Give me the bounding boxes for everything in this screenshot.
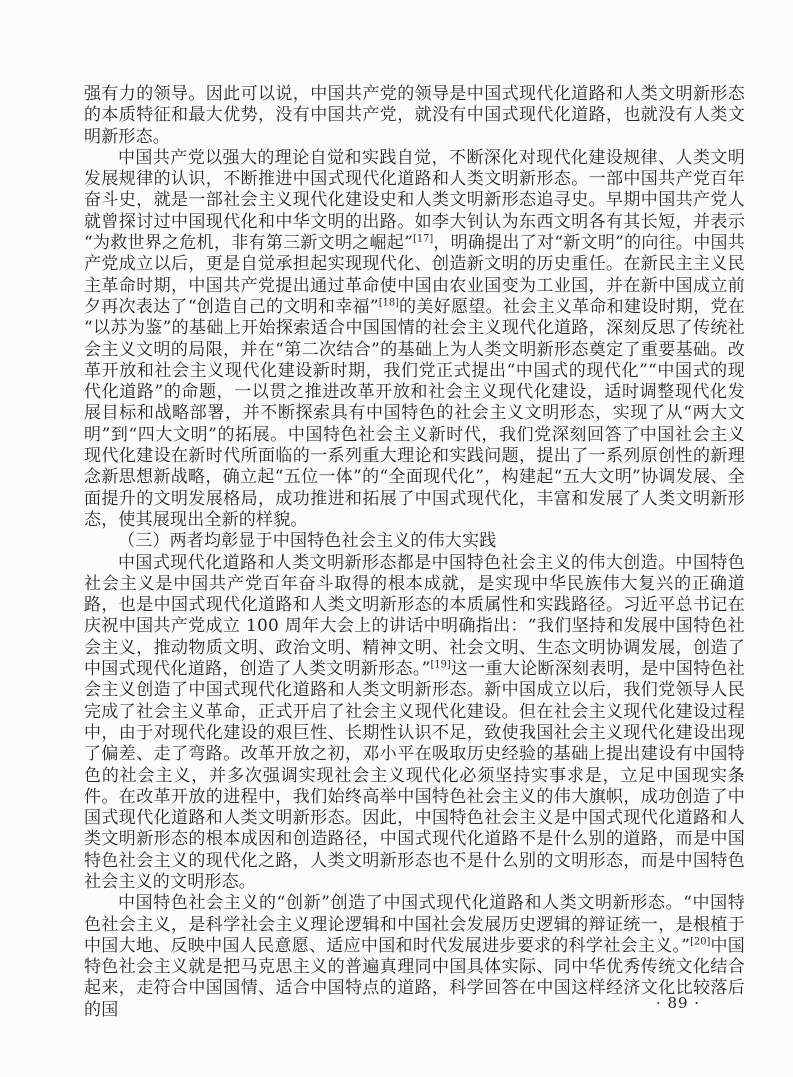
document-page: 强有力的领导。因此可以说，中国共产党的领导是中国式现代化道路和人类文明新形态的本… xyxy=(0,0,793,1077)
text-run: 这一重大论断深刻表明，是中国特色社会主义创造了中国式现代化道路和人类文明新形态。… xyxy=(84,659,745,892)
footnote-ref: [20] xyxy=(690,936,710,947)
paragraph: 中国式现代化道路和人类文明新形态都是中国特色社会主义的伟大创造。中国特色社会主义… xyxy=(84,553,745,894)
footnote-ref: [19] xyxy=(431,659,451,670)
section-heading: （三）两者均彰显于中国特色社会主义的伟大实践 xyxy=(84,531,745,552)
footnote-ref: [17] xyxy=(413,233,433,244)
text-run: （三）两者均彰显于中国特色社会主义的伟大实践 xyxy=(118,531,496,551)
text-run: 中国特色社会主义的“创新”创造了中国式现代化道路和人类文明新形态。“中国特色社会… xyxy=(84,893,745,956)
page-number: · 89 · xyxy=(645,994,711,1012)
page-text-block: 强有力的领导。因此可以说，中国共产党的领导是中国式现代化道路和人类文明新形态的本… xyxy=(84,84,745,1021)
text-run: 的美好愿望。社会主义革命和建设时期，党在“以苏为鉴”的基础上开始探索适合中国国情… xyxy=(84,297,745,530)
paragraph: 中国共产党以强大的理论自觉和实践自觉，不断深化对现代化建设规律、人类文明发展规律… xyxy=(84,148,745,531)
footnote-ref: [18] xyxy=(379,297,399,308)
paragraph-continuation: 强有力的领导。因此可以说，中国共产党的领导是中国式现代化道路和人类文明新形态的本… xyxy=(84,84,745,148)
text-run: 强有力的领导。因此可以说，中国共产党的领导是中国式现代化道路和人类文明新形态的本… xyxy=(84,84,745,147)
